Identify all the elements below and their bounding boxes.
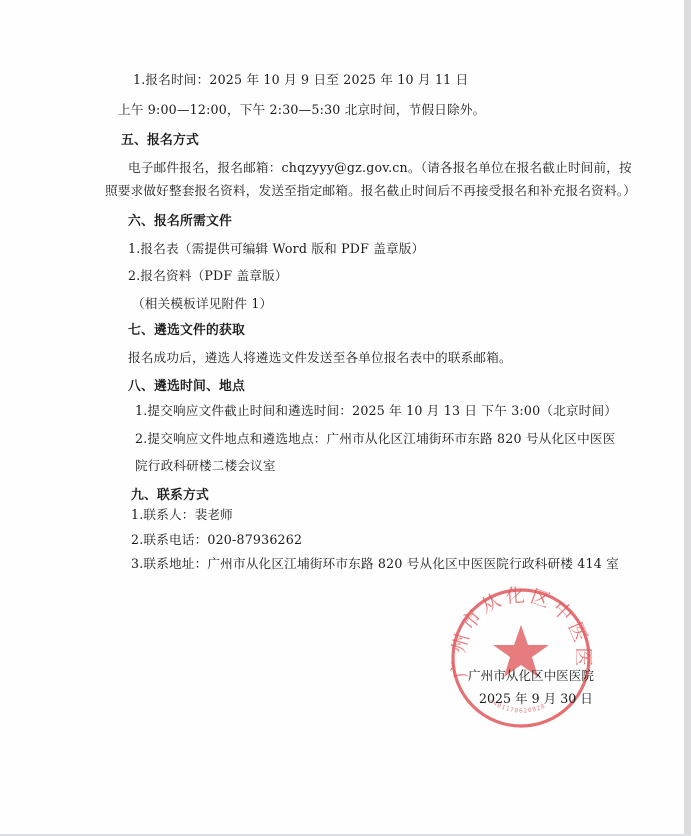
section-8-title: 八、遴选时间、地点: [128, 375, 245, 394]
section-6-item-2: 2.报名资料（PDF 盖章版）: [128, 265, 288, 284]
section-5-title: 五、报名方式: [121, 129, 199, 148]
signature-organization: 广州市从化区中医医院: [468, 665, 594, 684]
section-7-title: 七、遴选文件的获取: [128, 319, 245, 338]
section-6-title: 六、报名所需文件: [128, 210, 232, 229]
section-8-item-2: 2.提交响应文件地点和遴选地点：广州市从化区江埔街环市东路 820 号从化区中医…: [135, 428, 615, 447]
section-8-item-2-cont: 院行政科研楼二楼会议室: [135, 455, 276, 474]
signature-date: 2025 年 9 月 30 日: [479, 688, 593, 707]
section-7-paragraph: 报名成功后，遴选人将遴选文件发送至各单位报名表中的联系邮箱。: [128, 347, 512, 366]
registration-hours: 上午 9:00—12:00，下午 2:30—5:30 北京时间，节假日除外。: [118, 99, 485, 118]
section-5-paragraph-2: 照要求做好整套报名资料，发送至指定邮箱。报名截止时间后不再接受报名和补充报名资料…: [105, 180, 636, 199]
section-8-item-1: 1.提交响应文件截止时间和遴选时间：2025 年 10 月 13 日 下午 3:…: [135, 400, 617, 419]
document-page: 1.报名时间：2025 年 10 月 9 日至 2025 年 10 月 11 日…: [0, 0, 684, 834]
section-9-contact-phone: 2.联系电话：020-87936262: [131, 529, 302, 548]
section-6-note: （相关模板详见附件 1）: [132, 293, 272, 312]
section-5-paragraph-1: 电子邮件报名，报名邮箱：chqzyyy@gz.gov.cn。（请各报名单位在报名…: [128, 157, 632, 176]
section-6-item-1: 1.报名表（需提供可编辑 Word 版和 PDF 盖章版）: [128, 238, 424, 257]
registration-time: 1.报名时间：2025 年 10 月 9 日至 2025 年 10 月 11 日: [133, 69, 468, 88]
official-seal-stamp-icon: 广州市从化区中医医院 4401170620828: [448, 585, 594, 731]
section-9-contact-person: 1.联系人：裴老师: [131, 504, 233, 523]
viewer-right-edge: [684, 0, 691, 836]
section-9-title: 九、联系方式: [131, 484, 209, 503]
section-9-contact-address: 3.联系地址：广州市从化区江埔街环市东路 820 号从化区中医医院行政科研楼 4…: [131, 553, 619, 572]
